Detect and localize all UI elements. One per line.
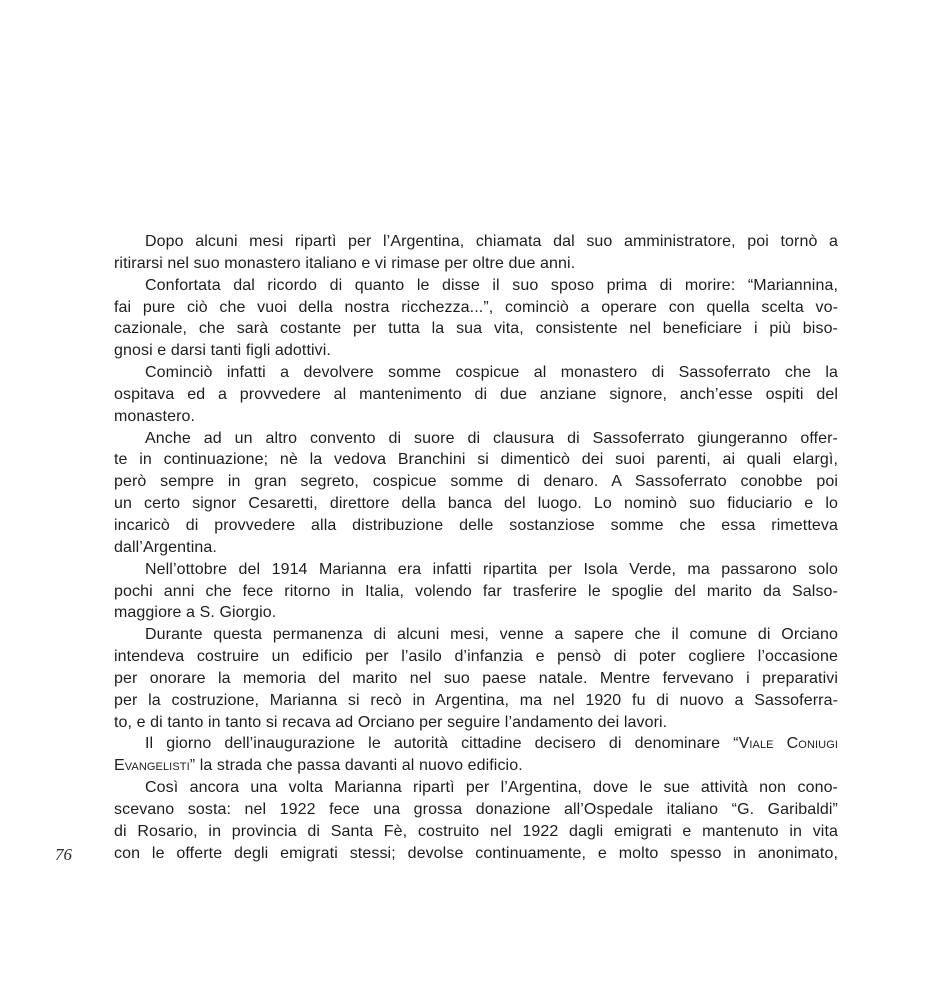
text-segment: Il giorno dell’inaugurazione le autorità… xyxy=(145,735,739,752)
text-line: ritirarsi nel suo monastero italiano e v… xyxy=(114,253,838,275)
text-line: Evangelisti” la strada che passa davanti… xyxy=(114,755,838,777)
text-line: Il giorno dell’inaugurazione le autorità… xyxy=(114,733,838,755)
text-line: Nell’ottobre del 1914 Marianna era infat… xyxy=(114,559,838,581)
paragraph-8: Così ancora una volta Marianna ripartì p… xyxy=(114,777,838,864)
text-line: intendeva costruire un edificio per l’as… xyxy=(114,646,838,668)
text-line: Anche ad un altro convento di suore di c… xyxy=(114,428,838,450)
text-line: monastero. xyxy=(114,406,838,428)
text-line: ospitava ed a provvedere al mantenimento… xyxy=(114,384,838,406)
text-line: dall’Argentina. xyxy=(114,537,838,559)
text-line: cazionale, che sarà costante per tutta l… xyxy=(114,318,838,340)
text-line: fai pure ciò che vuoi della nostra ricch… xyxy=(114,297,838,319)
text-line: per onorare la memoria del marito nel su… xyxy=(114,668,838,690)
paragraph-3: Cominciò infatti a devolvere somme cospi… xyxy=(114,362,838,428)
paragraph-1: Dopo alcuni mesi ripartì per l’Argentina… xyxy=(114,231,838,275)
text-line: Durante questa permanenza di alcuni mesi… xyxy=(114,624,838,646)
page-number: 76 xyxy=(55,845,72,865)
text-line: te in continuazione; nè la vedova Branch… xyxy=(114,449,838,471)
text-segment: ” la strada che passa davanti al nuovo e… xyxy=(190,757,523,774)
text-line: con le offerte degli emigrati stessi; de… xyxy=(114,843,838,865)
text-line: pochi anni che fece ritorno in Italia, v… xyxy=(114,581,838,603)
street-name-smallcaps: Evangelisti xyxy=(114,757,190,774)
text-line: scevano sosta: nel 1922 fece una grossa … xyxy=(114,799,838,821)
paragraph-7: Il giorno dell’inaugurazione le autorità… xyxy=(114,733,838,777)
text-line: un certo signor Cesaretti, direttore del… xyxy=(114,493,838,515)
text-line: per la costruzione, Marianna si recò in … xyxy=(114,690,838,712)
paragraph-6: Durante questa permanenza di alcuni mesi… xyxy=(114,624,838,733)
book-page: Dopo alcuni mesi ripartì per l’Argentina… xyxy=(0,0,942,1000)
text-line: gnosi e darsi tanti figli adottivi. xyxy=(114,340,838,362)
text-line: Dopo alcuni mesi ripartì per l’Argentina… xyxy=(114,231,838,253)
text-line: Cominciò infatti a devolvere somme cospi… xyxy=(114,362,838,384)
text-line: incaricò di provvedere alla distribuzion… xyxy=(114,515,838,537)
street-name-smallcaps: Viale Coniugi xyxy=(739,735,838,752)
text-line: di Rosario, in provincia di Santa Fè, co… xyxy=(114,821,838,843)
paragraph-2: Confortata dal ricordo di quanto le diss… xyxy=(114,275,838,362)
text-line: maggiore a S. Giorgio. xyxy=(114,602,838,624)
text-line: Così ancora una volta Marianna ripartì p… xyxy=(114,777,838,799)
paragraph-4: Anche ad un altro convento di suore di c… xyxy=(114,428,838,559)
text-line: Confortata dal ricordo di quanto le diss… xyxy=(114,275,838,297)
text-line: to, e di tanto in tanto si recava ad Orc… xyxy=(114,712,838,734)
paragraph-5: Nell’ottobre del 1914 Marianna era infat… xyxy=(114,559,838,625)
text-line: però sempre in gran segreto, cospicue so… xyxy=(114,471,838,493)
text-block: Dopo alcuni mesi ripartì per l’Argentina… xyxy=(114,231,838,864)
